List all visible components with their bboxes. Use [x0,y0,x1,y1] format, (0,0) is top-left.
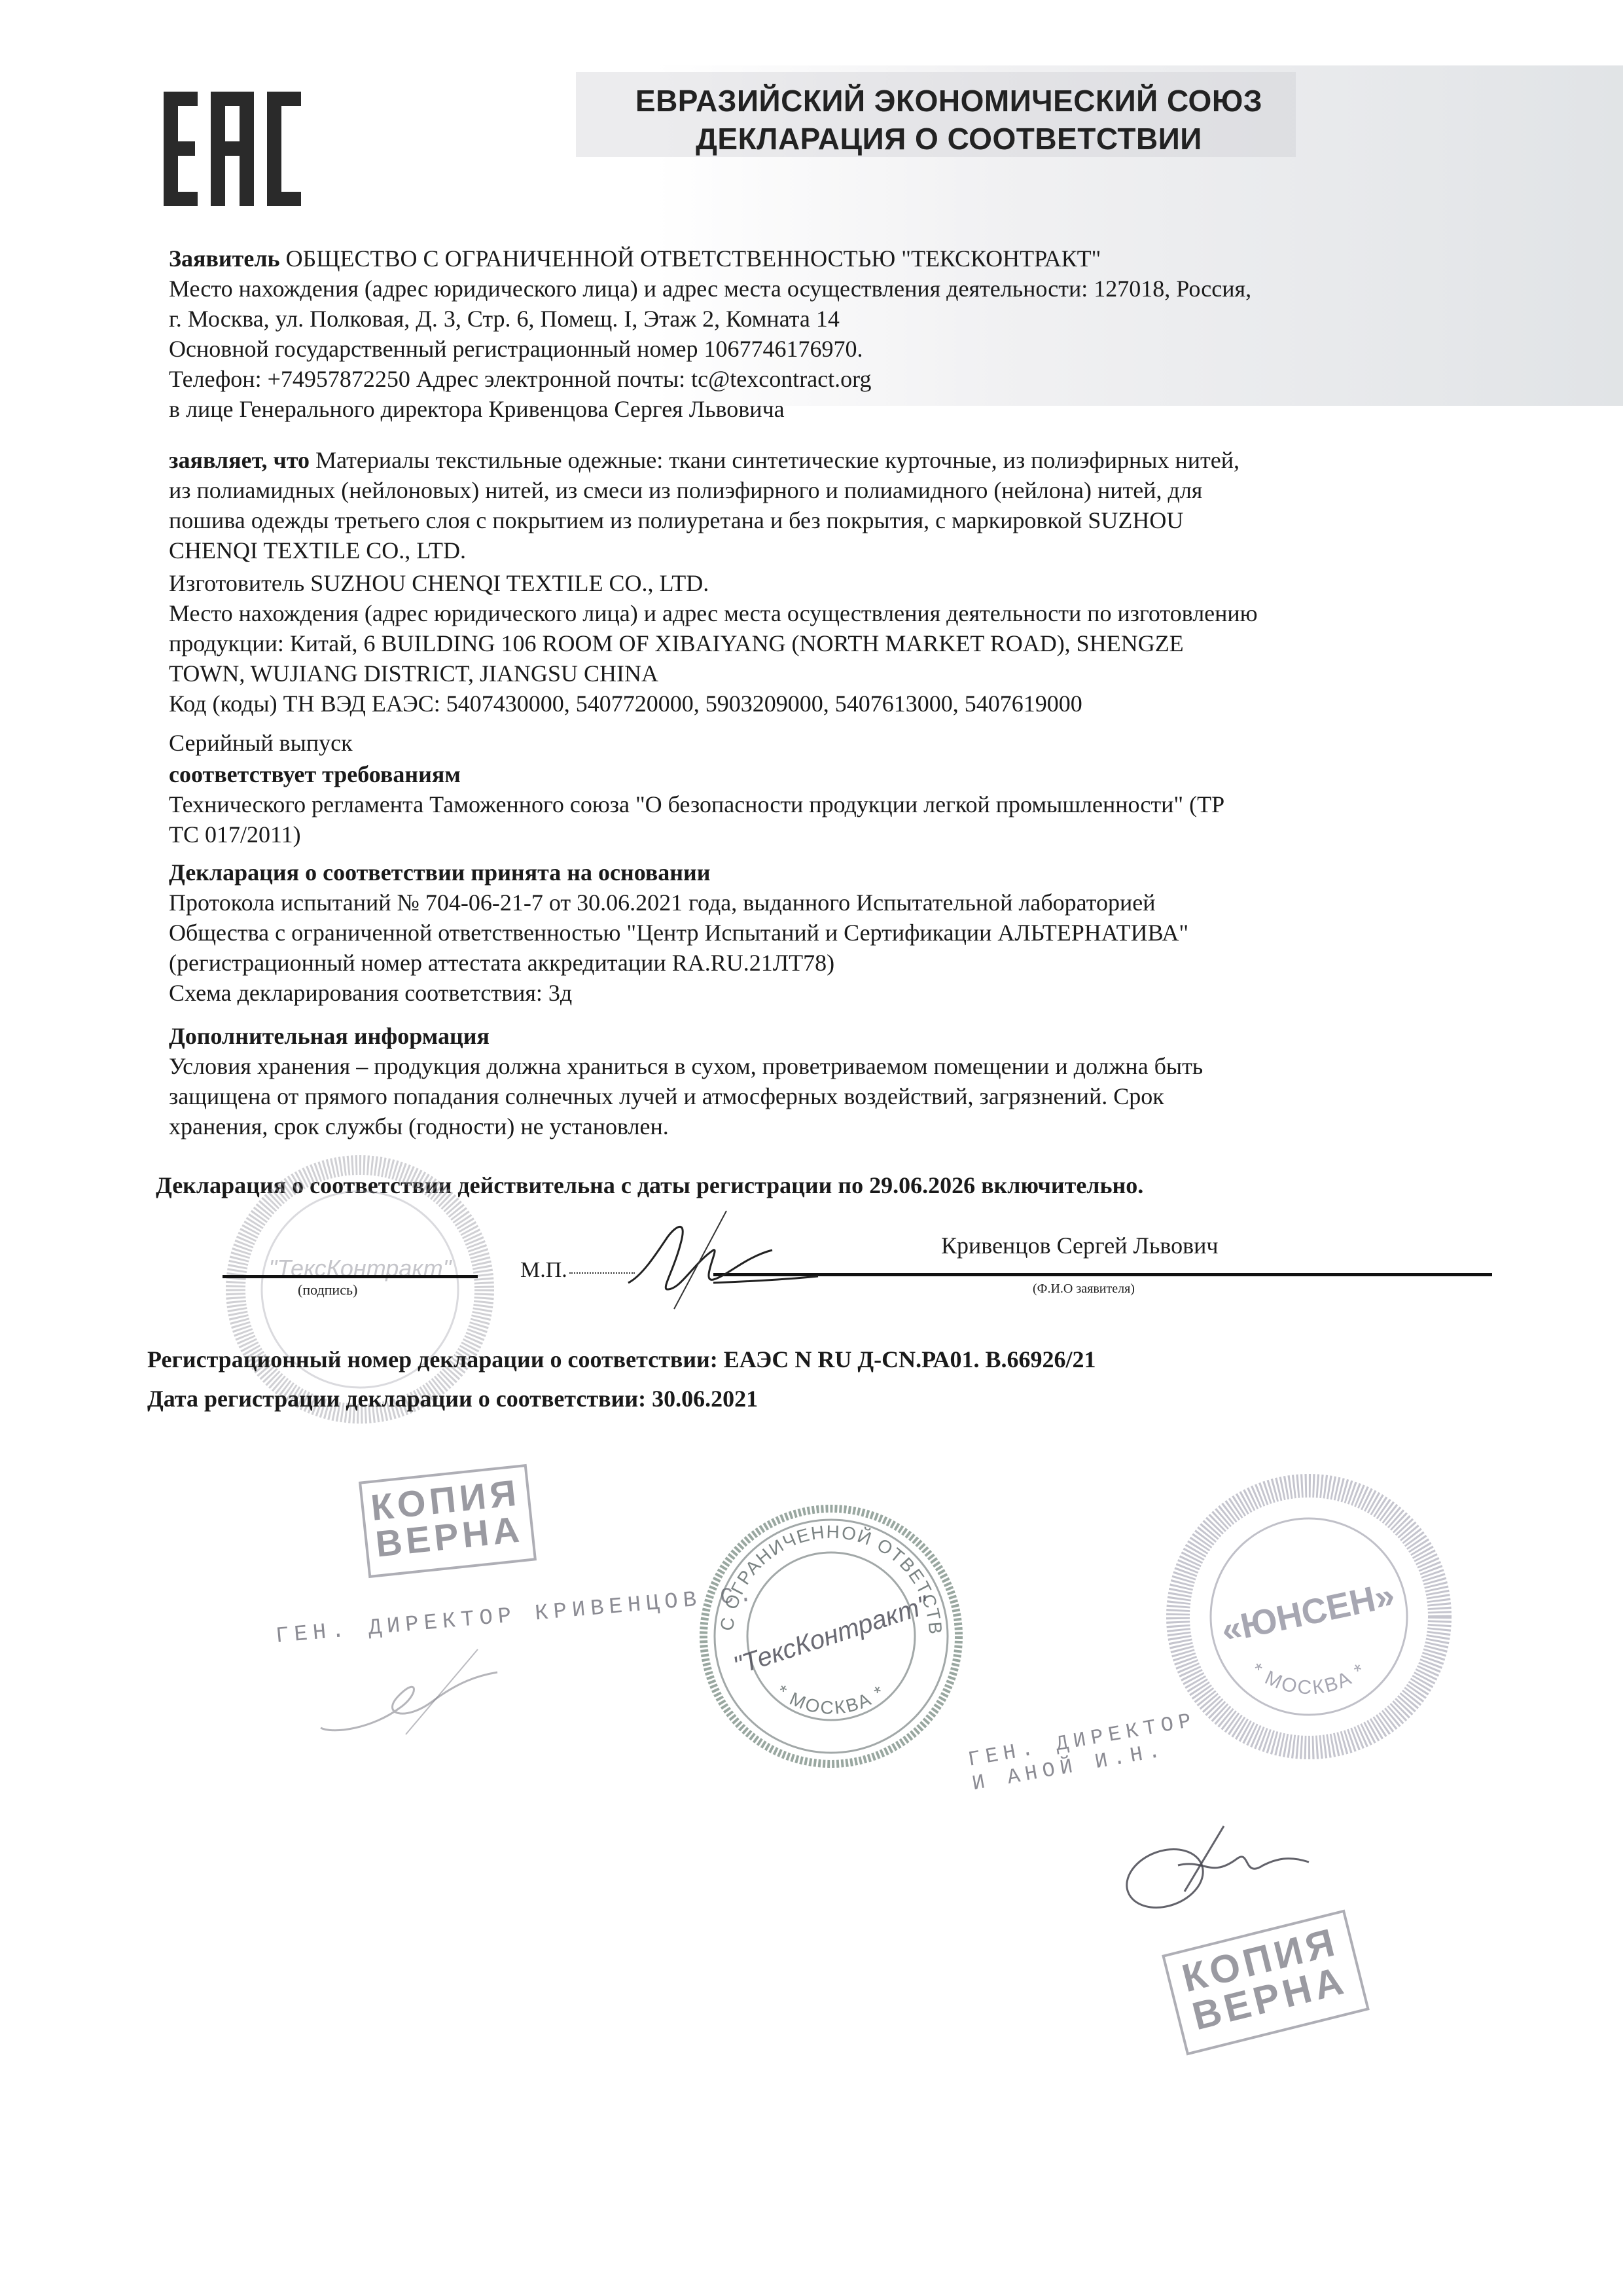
additional-info-section: Дополнительная информация Условия хранен… [169,1021,1510,1141]
validity-text: Декларация о соответствии действительна … [156,1170,1497,1200]
compliance-line-2: ТС 017/2011) [169,819,1510,850]
eac-mark-icon [164,92,301,206]
product-line-1: Материалы текстильные одежные: ткани син… [310,447,1240,473]
hs-codes-values: 5407430000, 5407720000, 5903209000, 5407… [446,691,1082,717]
applicant-contacts: Телефон: +74957872250 Адрес электронной … [169,364,1510,394]
manufacturer-address-3: TOWN, WUJIANG DISTRICT, JIANGSU CHINA [169,658,1510,689]
basis-line-1: Протокола испытаний № 704-06-21-7 от 30.… [169,888,1510,918]
director-note-1: ГЕН. ДИРЕКТОР КРИВЕНЦОВ С. [275,1583,758,1649]
compliance-section: соответствует требованиям Технического р… [169,759,1510,850]
production-type: Серийный выпуск [169,728,1510,758]
registration-number-value: ЕАЭС N RU Д-CN.РА01. В.66926/21 [724,1346,1096,1372]
basis-scheme: Схема декларирования соответствия: 3д [169,978,1510,1008]
hs-codes-label: Код (коды) ТН ВЭД ЕАЭС: [169,691,446,717]
manufacturer-address-2: продукции: Китай, 6 BUILDING 106 ROOM OF… [169,628,1510,658]
signature-caption: (подпись) [298,1282,357,1299]
manufacturer-section: Изготовитель SUZHOU CHENQI TEXTILE CO., … [169,568,1510,689]
additional-info-line-1: Условия хранения – продукция должна хран… [169,1051,1510,1081]
svg-text:* МОСКВА *: * МОСКВА * [1247,1659,1371,1698]
additional-info-line-3: хранения, срок службы (годности) не уста… [169,1111,1510,1141]
manufacturer-address-1: Место нахождения (адрес юридического лиц… [169,598,1510,628]
applicant-name: ОБЩЕСТВО С ОГРАНИЧЕННОЙ ОТВЕТСТВЕННОСТЬЮ… [280,245,1101,272]
applicant-address-1: Место нахождения (адрес юридического лиц… [169,274,1510,304]
validity-statement: Декларация о соответствии действительна … [156,1170,1497,1200]
applicant-label: Заявитель [169,245,280,272]
product-line-4: CHENQI TEXTILE CO., LTD. [169,535,1510,565]
product-line-3: пошива одежды третьего слоя с покрытием … [169,505,1510,535]
declaration-section: заявляет, что Материалы текстильные одеж… [169,445,1510,565]
compliance-line-1: Технического регламента Таможенного союз… [169,789,1510,819]
copy-true-stamp-1: КОПИЯ ВЕРНА [359,1464,537,1578]
signer-name: Кривенцов Сергей Львович [941,1230,1219,1261]
document-header: ЕВРАЗИЙСКИЙ ЭКОНОМИЧЕСКИЙ СОЮЗ ДЕКЛАРАЦИ… [556,82,1342,158]
hs-codes: Код (коды) ТН ВЭД ЕАЭС: 5407430000, 5407… [169,689,1510,719]
declares-label: заявляет, что [169,447,310,473]
additional-info-line-2: защищена от прямого попадания солнечных … [169,1081,1510,1111]
seal-place-label: М.П. [520,1255,567,1285]
product-line-2: из полиамидных (нейлоновых) нитей, из см… [169,475,1510,505]
registration-section: Регистрационный номер декларации о соотв… [147,1344,1489,1414]
applicant-section: Заявитель ОБЩЕСТВО С ОГРАНИЧЕННОЙ ОТВЕТС… [169,243,1510,424]
compliance-label: соответствует требованиям [169,759,1510,789]
applicant-ogrn: Основной государственный регистрационный… [169,334,1510,364]
basis-section: Декларация о соответствии принята на осн… [169,857,1510,1008]
handwritten-signature-2-icon [308,1636,504,1748]
copy-true-stamp-2: КОПИЯ ВЕРНА [1162,1910,1370,2056]
production-type-text: Серийный выпуск [169,728,1510,758]
registration-date-label: Дата регистрации декларации о соответств… [147,1386,652,1412]
yunsen-round-seal: * МОСКВА * «ЮНСЕН» [1165,1473,1453,1761]
seal-dotted-line [569,1272,635,1274]
basis-line-2: Общества с ограниченной ответственностью… [169,918,1510,948]
director-note-2: ГЕН. ДИРЕКТОР И АНОЙ И.Н. [966,1708,1202,1796]
registration-number-label: Регистрационный номер декларации о соотв… [147,1346,724,1372]
texcontract-seal-center: "ТексКонтракт" [730,1590,933,1681]
header-union-title: ЕВРАЗИЙСКИЙ ЭКОНОМИЧЕСКИЙ СОЮЗ [556,82,1342,120]
manufacturer-name: Изготовитель SUZHOU CHENQI TEXTILE CO., … [169,568,1510,598]
signature-line [223,1275,478,1278]
applicant-address-2: г. Москва, ул. Полковая, Д. 3, Стр. 6, П… [169,304,1510,334]
handwritten-signature-icon [615,1198,825,1316]
svg-text:ОБЩЕСТВО С ОГРАНИЧЕННОЙ ОТВЕТС: ОБЩЕСТВО С ОГРАНИЧЕННОЙ ОТВЕТСТВЕННОСТЬЮ [694,1499,946,1638]
applicant-representative: в лице Генерального директора Кривенцова… [169,394,1510,424]
additional-info-label: Дополнительная информация [169,1021,1510,1051]
basis-line-3: (регистрационный номер аттестата аккреди… [169,948,1510,978]
yunsen-seal-center: «ЮНСЕН» [1218,1575,1398,1651]
signer-name-line [713,1273,1492,1276]
header-declaration-title: ДЕКЛАРАЦИЯ О СООТВЕТСТВИИ [556,120,1342,158]
svg-text:* МОСКВА *: * МОСКВА * [773,1681,890,1718]
texcontract-round-seal: ОБЩЕСТВО С ОГРАНИЧЕННОЙ ОТВЕТСТВЕННОСТЬЮ… [694,1499,969,1774]
registration-date-value: 30.06.2021 [652,1386,758,1412]
signer-caption: (Ф.И.О заявителя) [1033,1282,1135,1297]
handwritten-signature-3-icon [1113,1813,1335,1918]
basis-label: Декларация о соответствии принята на осн… [169,857,1510,888]
